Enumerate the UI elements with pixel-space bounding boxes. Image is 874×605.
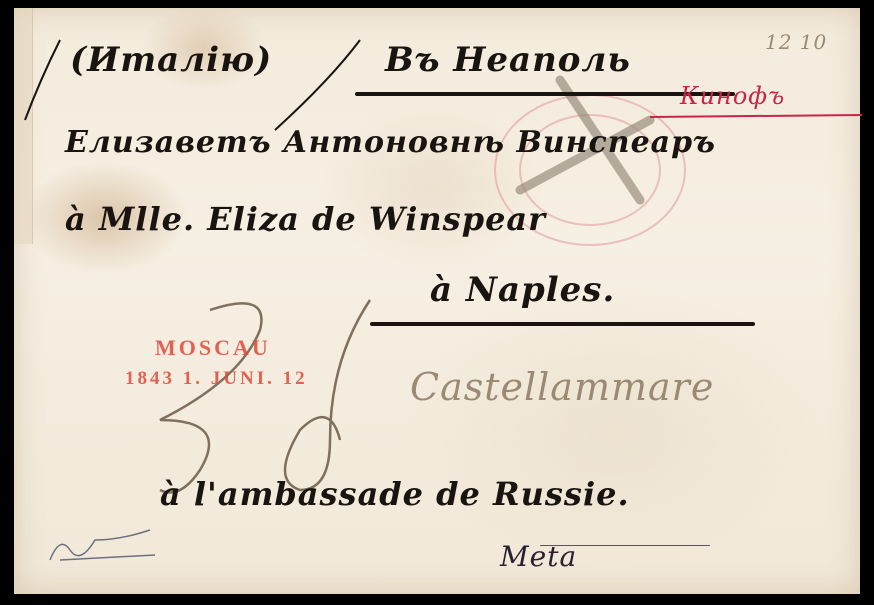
underline-city: [370, 322, 755, 326]
destination-russian: Въ Неаполь: [385, 40, 631, 80]
postmark-line1: MOSCAU: [155, 335, 271, 361]
pencil-redirect: Castellammare: [410, 365, 714, 409]
addressee-russian: Елизаветъ Антоновнѣ Винспеаръ: [65, 125, 716, 160]
postmark-line2: 1843 1. JUNI. 12: [125, 368, 308, 390]
city-naples: à Naples.: [430, 270, 615, 310]
route-note: (Италію): [70, 40, 272, 80]
red-correction: Кинофъ: [680, 82, 785, 110]
pencil-numbers: 12 10: [765, 30, 827, 54]
rate-mark: [160, 300, 370, 493]
underline-destination: [355, 92, 735, 96]
addressee-french: à Mlle. Eliza de Winspear: [65, 200, 546, 238]
signature-line: [540, 545, 710, 546]
embassy-line: à l'ambassade de Russie.: [160, 475, 630, 513]
left-signature: [50, 530, 155, 560]
